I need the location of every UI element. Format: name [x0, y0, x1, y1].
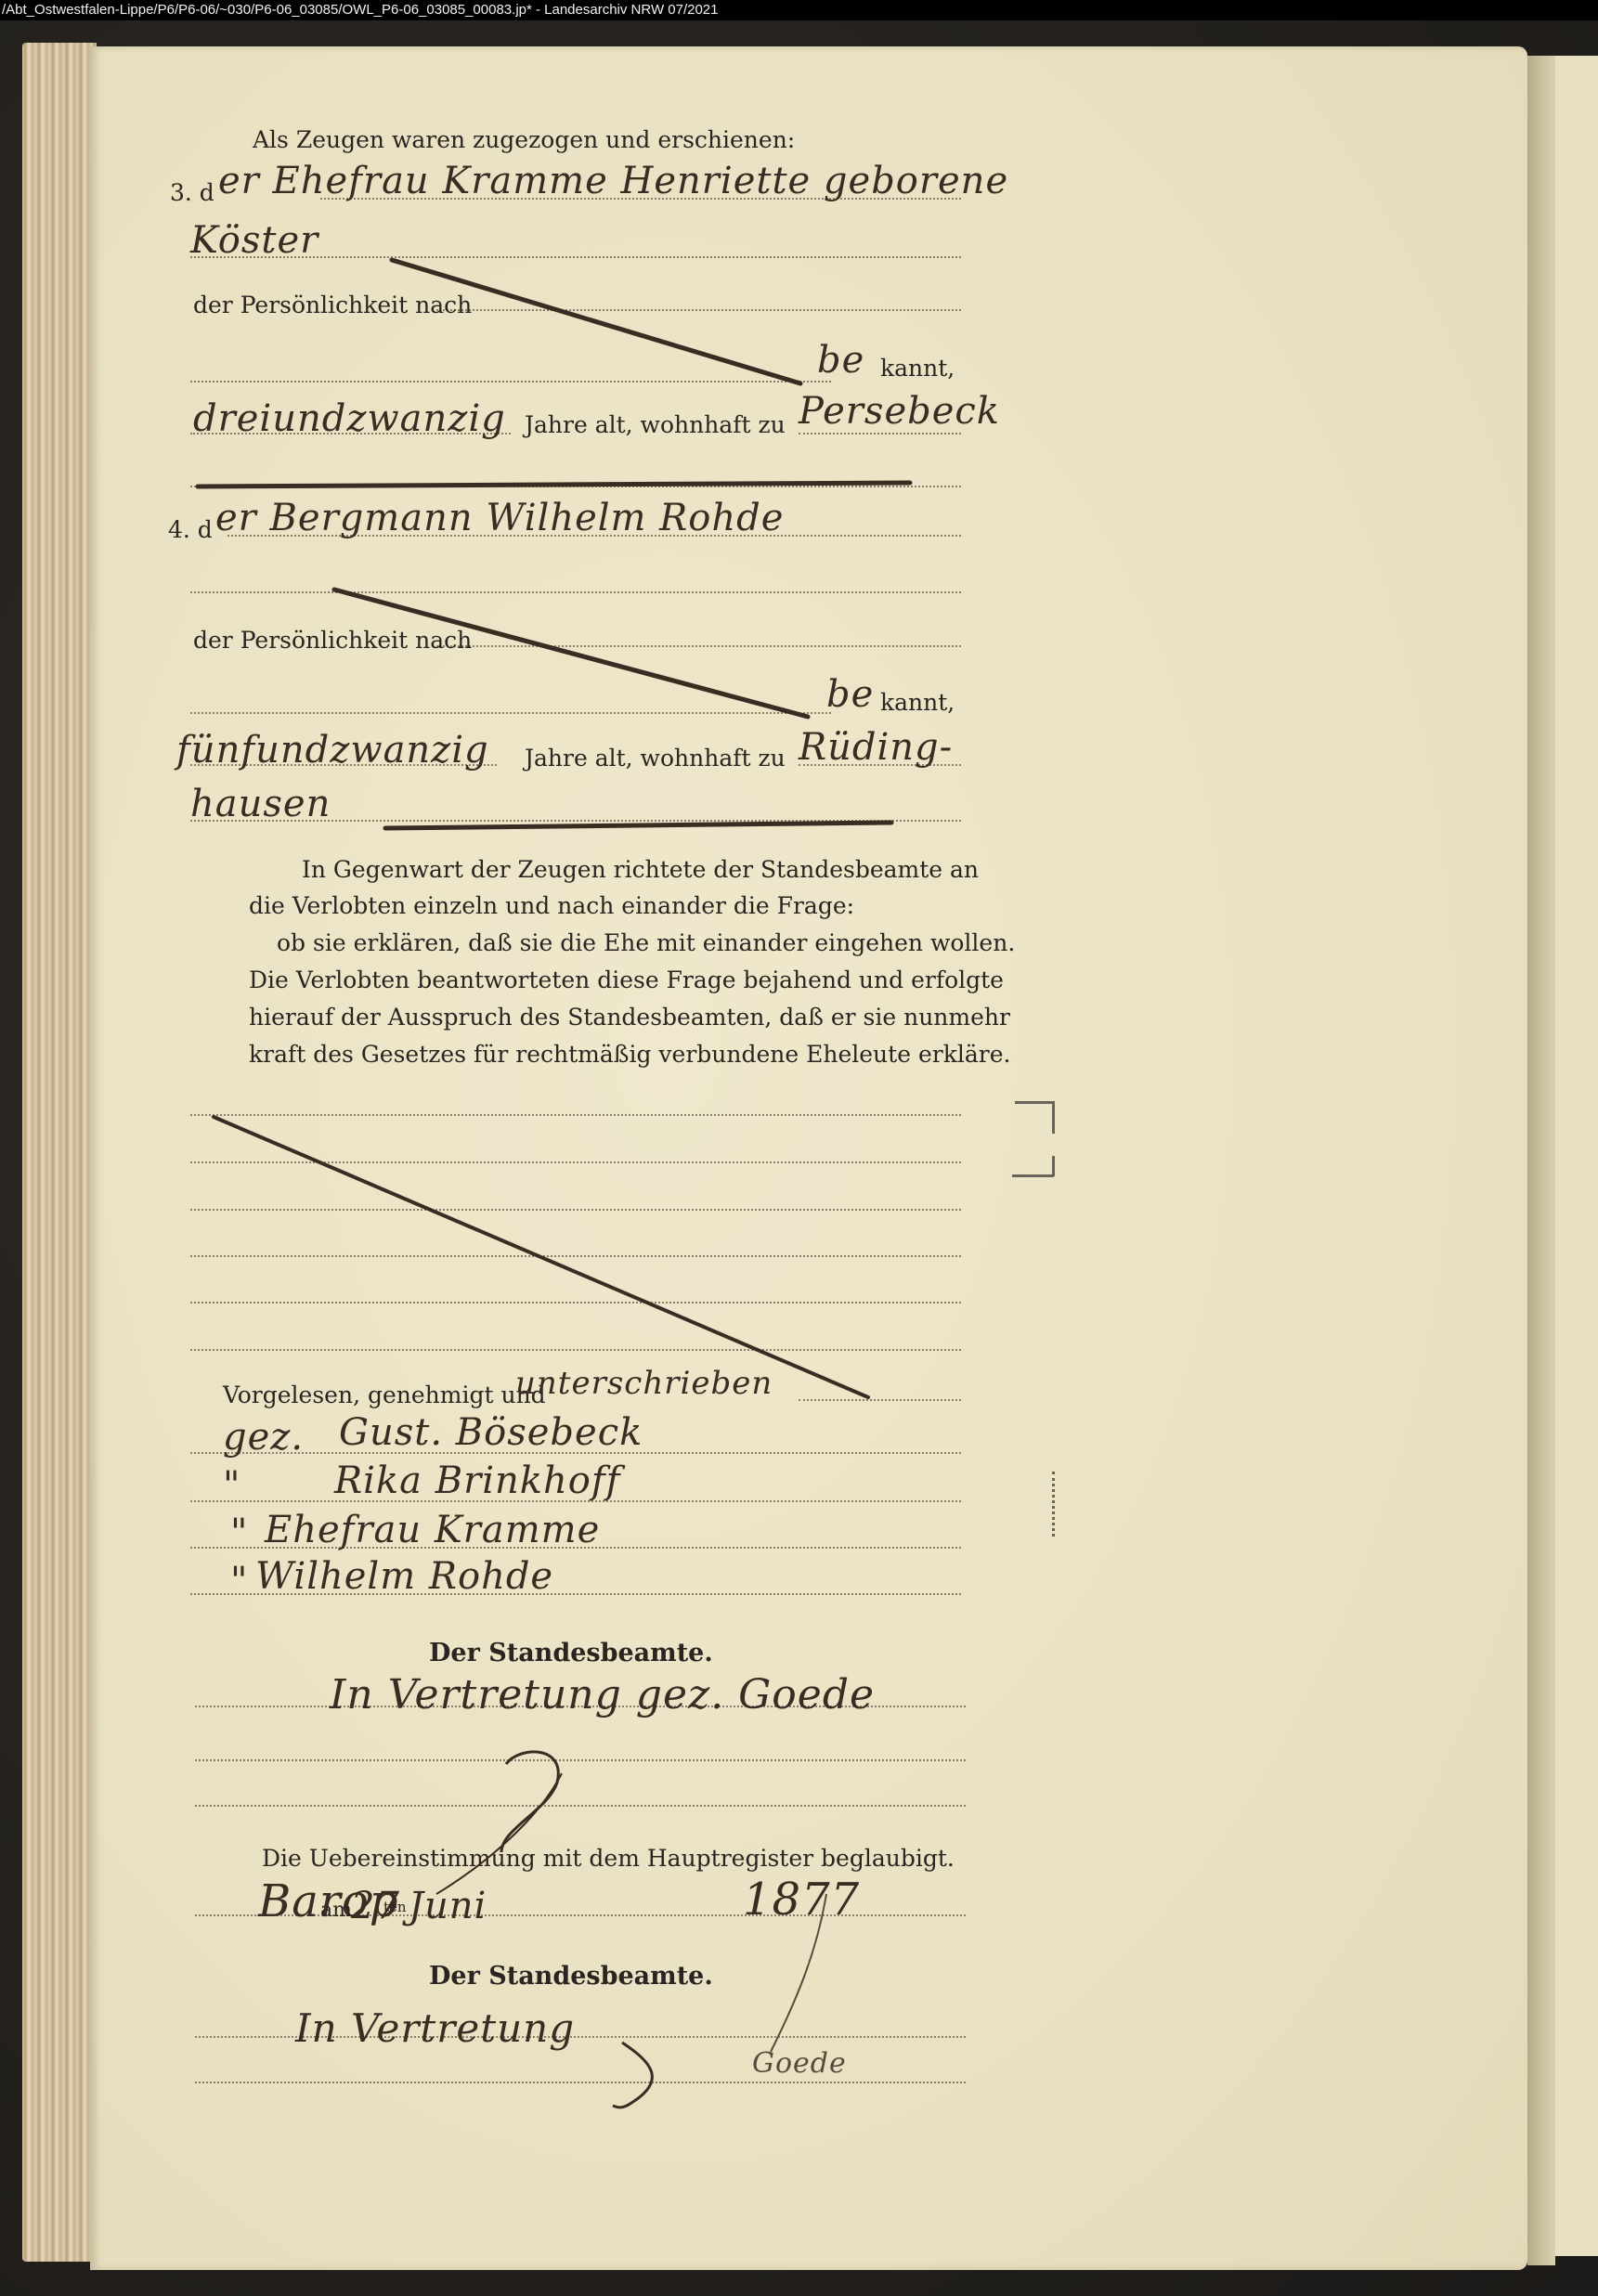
registrar-heading-2: Der Standesbeamte. — [429, 1962, 713, 1991]
signature-name: Wilhelm Rohde — [255, 1555, 553, 1598]
paragraph-line-2: die Verlobten einzeln und nach einander … — [249, 892, 854, 919]
certification-text: Die Uebereinstimmung mit dem Hauptregist… — [262, 1845, 955, 1872]
book-gutter — [1527, 56, 1555, 2265]
signature-prefix: " — [230, 1560, 248, 1602]
registrar-signature-2-name: Goede — [752, 2047, 847, 2080]
next-page-edge — [1555, 56, 1598, 2256]
witness-4-known-suffix: kannt, — [880, 689, 955, 716]
rule-line — [195, 1759, 966, 1761]
margin-bracket-mark — [1012, 1174, 1054, 1177]
certification-year: 1877 — [743, 1874, 860, 1926]
signature-prefix: gez. — [223, 1416, 304, 1459]
witness-3-known-prefix: be — [817, 339, 864, 382]
registrar-signature-2: In Vertretung — [295, 2005, 575, 2051]
margin-bracket-mark — [1015, 1101, 1054, 1104]
rule-line — [190, 1161, 961, 1163]
witness-4-name-line1: er Bergmann Wilhelm Rohde — [215, 497, 784, 539]
certification-am-label: am — [320, 1899, 352, 1922]
signature-name: Ehefrau Kramme — [265, 1509, 600, 1551]
rule-line — [190, 1114, 961, 1116]
rule-line — [190, 486, 961, 487]
rule-line — [190, 1209, 961, 1211]
rule-line — [195, 1805, 966, 1807]
witness-3-number: 3. d — [170, 179, 214, 206]
witness-3-age: dreiundzwanzig — [193, 397, 506, 440]
paragraph-line-1: In Gegenwart der Zeugen richtete der Sta… — [302, 856, 979, 883]
witness-3-age-label: Jahre alt, wohnhaft zu — [525, 411, 786, 438]
rule-line — [190, 1349, 961, 1351]
file-path-title: /Abt_Ostwestfalen-Lippe/P6/P6-06/~030/P6… — [2, 2, 719, 18]
paragraph-line-5: hierauf der Ausspruch des Standesbeamten… — [249, 1004, 1010, 1031]
margin-bracket-mark — [1052, 1472, 1055, 1537]
read-approved-handwritten: unterschrieben — [515, 1365, 773, 1402]
paragraph-line-3: ob sie erklären, daß sie die Ehe mit ein… — [277, 929, 1015, 956]
certification-day-suffix: ten — [383, 1899, 407, 1915]
witness-3-residence: Persebeck — [799, 390, 1000, 433]
signature-prefix: " — [230, 1511, 248, 1554]
rule-line — [190, 381, 831, 383]
image-viewer-title-bar: /Abt_Ostwestfalen-Lippe/P6/P6-06/~030/P6… — [0, 0, 1598, 20]
rule-line — [799, 1399, 961, 1401]
rule-line — [799, 433, 961, 435]
witness-4-personality-label: der Persönlichkeit nach — [193, 627, 472, 654]
paragraph-line-4: Die Verlobten beantworteten diese Frage … — [249, 966, 1004, 993]
paragraph-line-6: kraft des Gesetzes für rechtmäßig verbun… — [249, 1041, 1010, 1068]
witness-4-age-label: Jahre alt, wohnhaft zu — [525, 745, 786, 772]
read-approved-label: Vorgelesen, genehmigt und — [223, 1381, 546, 1408]
witnesses-heading: Als Zeugen waren zugezogen und erschiene… — [253, 126, 795, 153]
witness-4-known-prefix: be — [826, 673, 874, 716]
rule-line — [190, 712, 831, 714]
registrar-signature-1: In Vertretung gez. Goede — [330, 1671, 875, 1719]
witness-4-age: fünfundzwanzig — [176, 729, 489, 772]
signature-prefix: " — [223, 1464, 240, 1507]
witness-4-residence-line2: hausen — [190, 783, 331, 825]
rule-line — [190, 1255, 961, 1257]
margin-bracket-mark — [1052, 1156, 1055, 1176]
certification-month: Juni — [409, 1885, 487, 1927]
witness-3-personality-label: der Persönlichkeit nach — [193, 292, 472, 318]
signature-name: Rika Brinkhoff — [334, 1459, 620, 1502]
page-stack-edge — [22, 43, 97, 2262]
rule-line — [195, 2082, 966, 2083]
margin-bracket-mark — [1052, 1101, 1055, 1134]
rule-line — [190, 1302, 961, 1304]
rule-line — [436, 309, 961, 311]
witness-4-residence: Rüding- — [799, 726, 953, 769]
registrar-heading-1: Der Standesbeamte. — [429, 1639, 713, 1667]
witness-4-number: 4. d — [168, 516, 213, 543]
signature-name: Gust. Bösebeck — [339, 1411, 643, 1454]
rule-line — [190, 591, 961, 593]
witness-3-name-line2: Köster — [190, 219, 318, 262]
witness-3-known-suffix: kannt, — [880, 355, 955, 382]
witness-3-name-line1: er Ehefrau Kramme Henriette geborene — [218, 160, 1008, 202]
rule-line — [436, 645, 961, 647]
